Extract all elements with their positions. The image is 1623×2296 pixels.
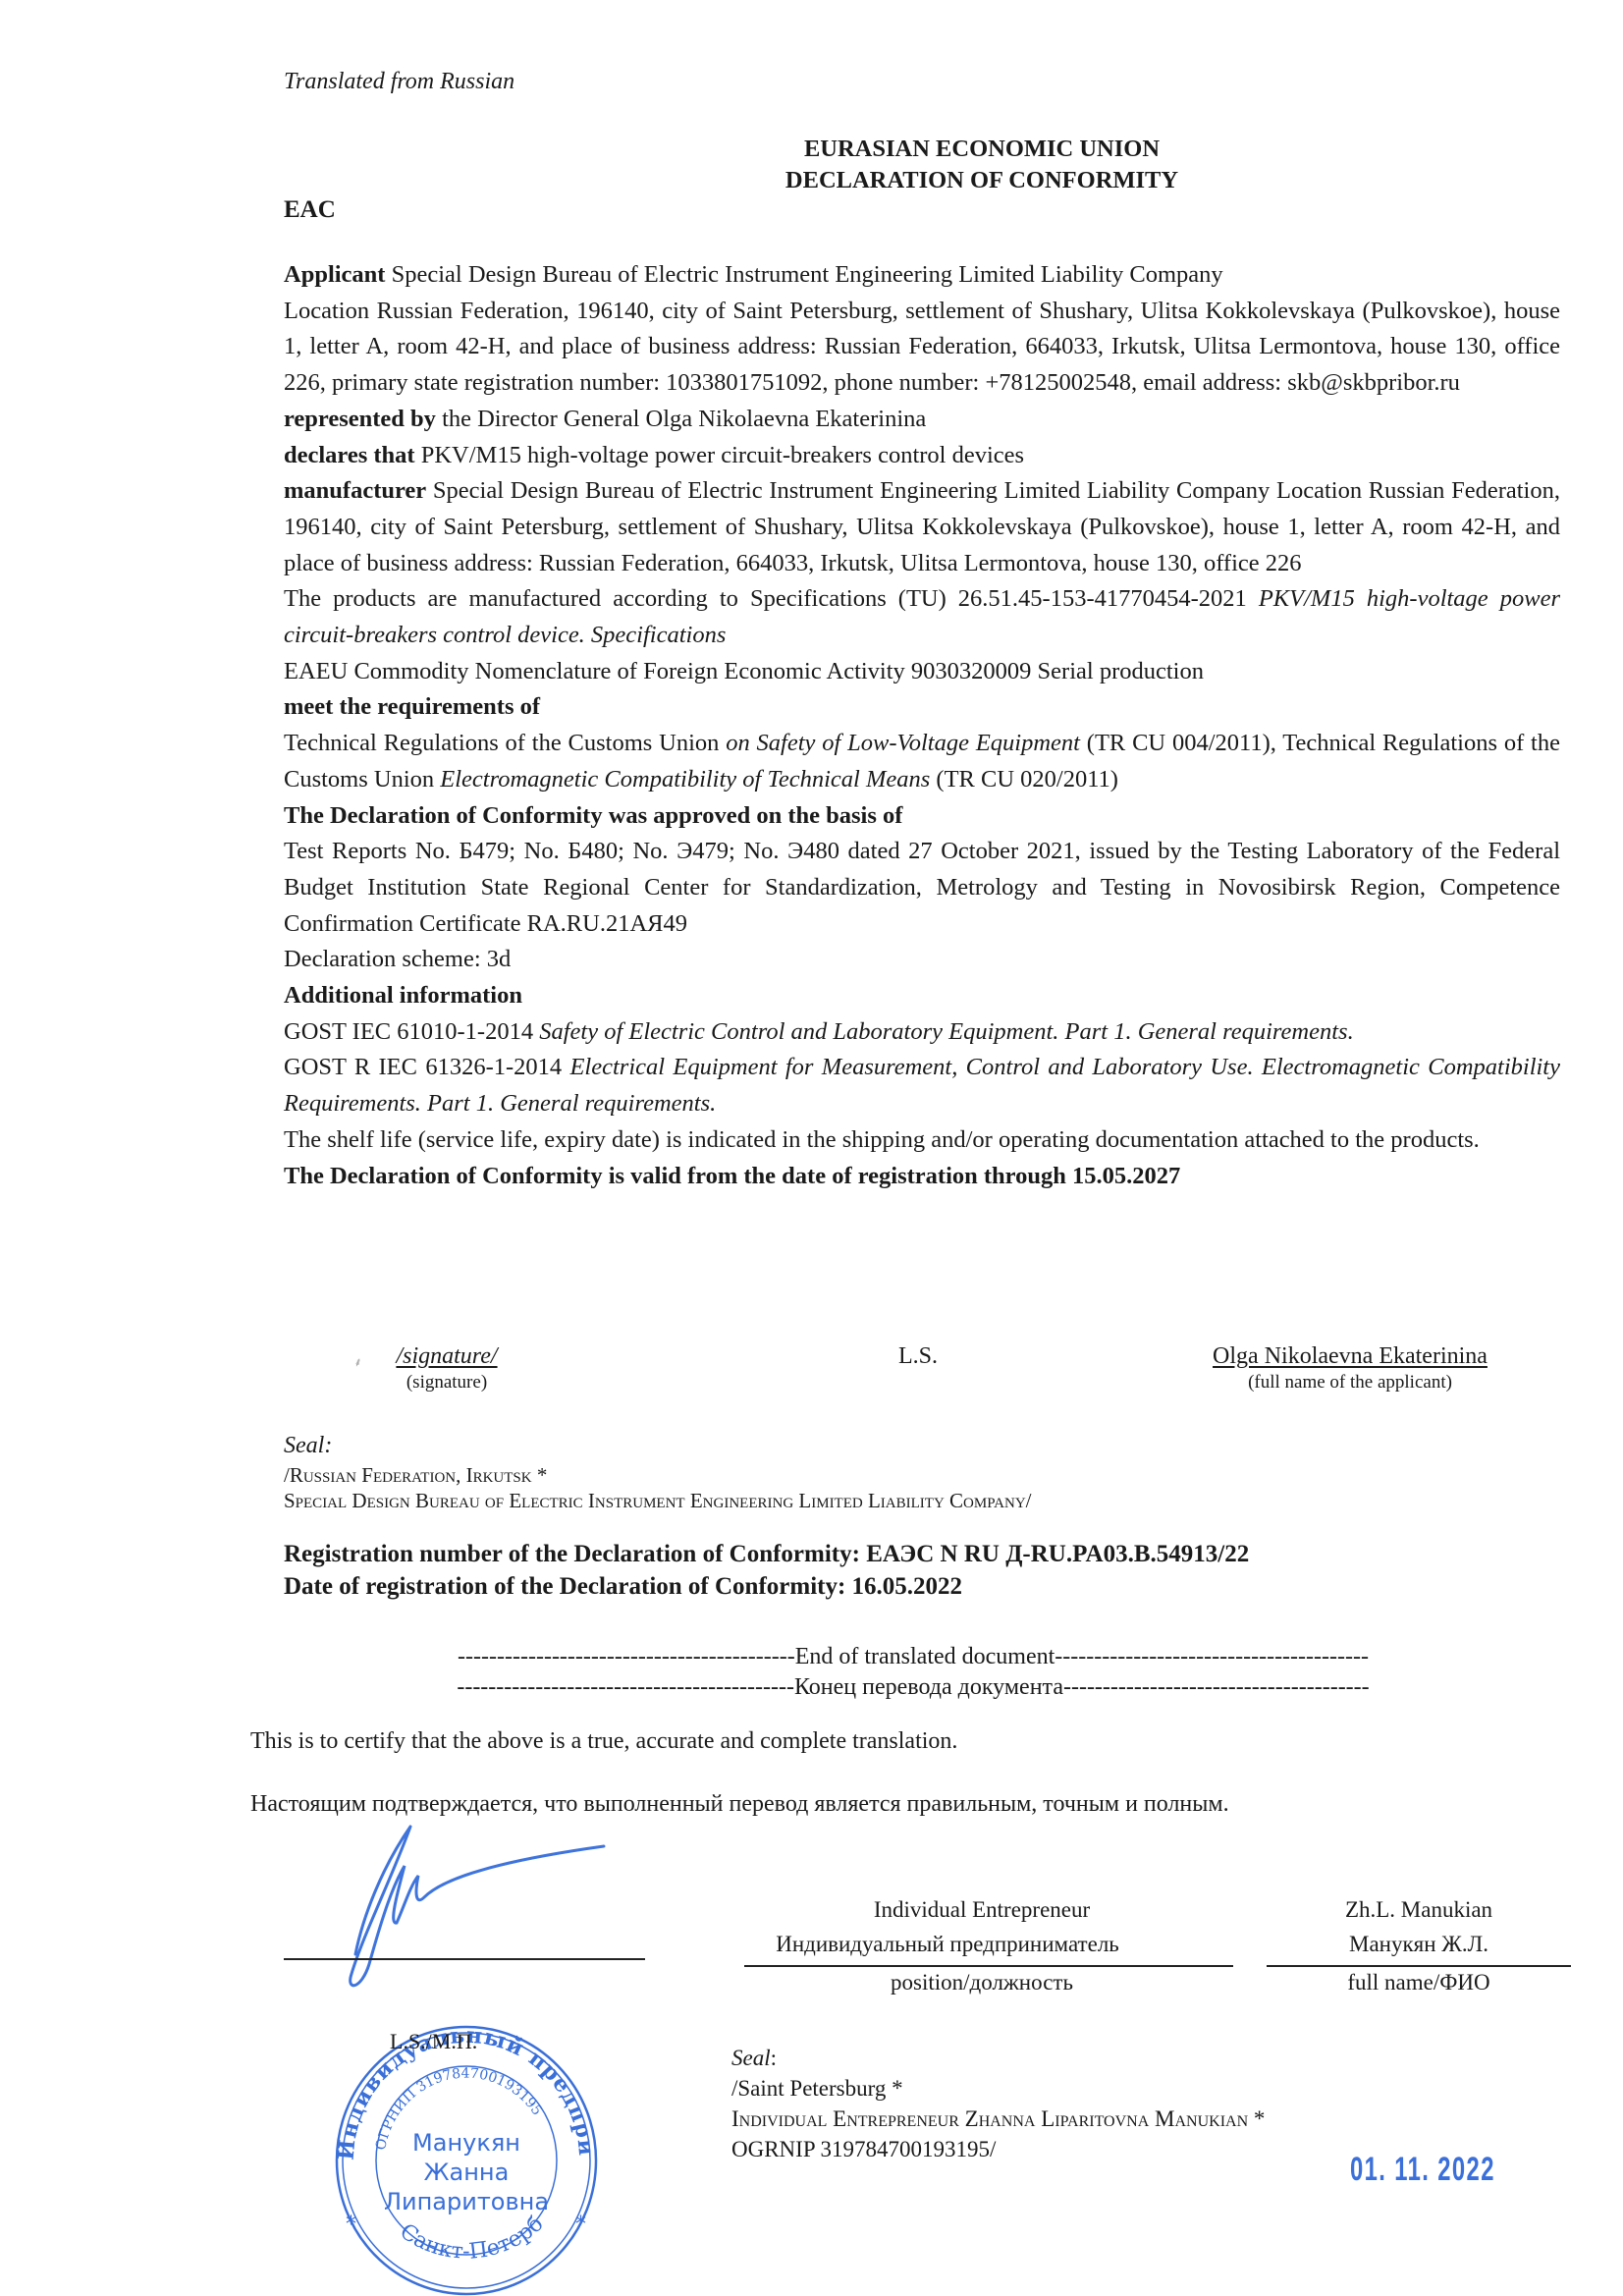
- registration-date: Date of registration of the Declaration …: [284, 1570, 1249, 1603]
- end-of-document-ru: ----------------------------------------…: [373, 1672, 1453, 1703]
- certification-en: This is to certify that the above is a t…: [250, 1728, 957, 1755]
- applicant-name: Special Design Bureau of Electric Instru…: [385, 261, 1222, 288]
- commodity-line: EAEU Commodity Nomenclature of Foreign E…: [284, 654, 1560, 690]
- applicant-name-block: Olga Nikolaevna Ekaterinina (full name o…: [1173, 1343, 1527, 1394]
- requirements-label: meet the requirements of: [284, 693, 540, 720]
- seal2-label-row: Seal:: [731, 2043, 1265, 2073]
- represented-label: represented by: [284, 406, 436, 432]
- basis-label: The Declaration of Conformity was approv…: [284, 802, 902, 829]
- manufacturer-value: Special Design Bureau of Electric Instru…: [284, 477, 1560, 575]
- validity-text: The Declaration of Conformity is valid f…: [284, 1163, 1180, 1189]
- seal2-line3: OGRNIP 319784700193195/: [731, 2134, 1265, 2164]
- seal1-label: Seal:: [284, 1429, 1032, 1462]
- applicant-location: Location Russian Federation, 196140, cit…: [284, 294, 1560, 402]
- name-en: Zh.L. Manukian: [1271, 1897, 1566, 1923]
- additional-heading: Additional information: [284, 978, 1560, 1014]
- basis-text: Test Reports No. Б479; No. Б480; No. Э47…: [284, 834, 1560, 942]
- signature-placeholder: /signature/: [363, 1343, 530, 1370]
- registration-number: Registration number of the Declaration o…: [284, 1538, 1249, 1570]
- applicant-full-name: Olga Nikolaevna Ekaterinina: [1173, 1343, 1527, 1370]
- shelf-life: The shelf life (service life, expiry dat…: [284, 1122, 1560, 1159]
- req-italic2: Electromagnetic Compatibility of Technic…: [440, 766, 930, 793]
- title-union: EURASIAN ECONOMIC UNION: [589, 134, 1375, 165]
- gost-2: GOST R IEC 61326-1-2014 Electrical Equip…: [284, 1050, 1560, 1121]
- basis-heading: The Declaration of Conformity was approv…: [284, 798, 1560, 835]
- req-italic1: on Safety of Low-Voltage Equipment: [726, 730, 1080, 756]
- seal2-label: Seal: [731, 2046, 771, 2070]
- name-line: [1267, 1965, 1571, 1967]
- declares-label: declares that: [284, 442, 415, 468]
- seal-description-1: Seal: /Russian Federation, Irkutsk * Spe…: [284, 1429, 1032, 1513]
- document-page: Translated from Russian EURASIAN ECONOMI…: [0, 0, 1623, 2296]
- svg-text:Жанна: Жанна: [424, 2159, 510, 2186]
- name-ru: Манукян Ж.Л.: [1271, 1932, 1566, 1957]
- svg-text:Манукян: Манукян: [412, 2129, 520, 2157]
- date-stamp: 01. 11. 2022: [1350, 2151, 1495, 2189]
- seal-description-2: Seal: /Saint Petersburg * Individual Ent…: [731, 2043, 1265, 2164]
- requirements-text: Technical Regulations of the Customs Uni…: [284, 726, 1560, 797]
- ls-mark: L.S.: [898, 1343, 938, 1370]
- gost2-code: GOST R IEC 61326-1-2014: [284, 1054, 569, 1080]
- seal1-line2: Special Design Bureau of Electric Instru…: [284, 1488, 1032, 1513]
- signature-caption: (signature): [363, 1372, 530, 1394]
- validity-line: The Declaration of Conformity is valid f…: [284, 1159, 1560, 1195]
- svg-text:*: *: [346, 2213, 356, 2237]
- svg-text:*: *: [575, 2213, 586, 2237]
- gost1-title: Safety of Electric Control and Laborator…: [539, 1018, 1354, 1045]
- svg-text:Липаритовна: Липаритовна: [384, 2188, 549, 2215]
- signature-line: [284, 1958, 645, 1960]
- translated-from-note: Translated from Russian: [284, 69, 514, 95]
- additional-label: Additional information: [284, 982, 522, 1009]
- seal1-line1: /Russian Federation, Irkutsk *: [284, 1462, 1032, 1488]
- declares-value: PKV/M15 high-voltage power circuit-break…: [415, 442, 1024, 468]
- name-caption: full name/ФИО: [1271, 1970, 1566, 1995]
- ls-mp-mark: L.S./М.П.: [390, 2029, 477, 2054]
- signature-scribble-icon: ⸙: [352, 1352, 364, 1370]
- manufacturer-label: manufacturer: [284, 477, 426, 504]
- requirements-heading: meet the requirements of: [284, 689, 1560, 726]
- title-declaration: DECLARATION OF CONFORMITY: [589, 165, 1375, 196]
- seal2-line2: Individual Entrepreneur Zhanna Liparitov…: [731, 2104, 1265, 2134]
- applicant-signature-block: ⸙ /signature/ (signature): [363, 1343, 530, 1394]
- represented-line: represented by the Director General Olga…: [284, 402, 1560, 438]
- position-caption: position/должность: [736, 1970, 1227, 1995]
- registration-block: Registration number of the Declaration o…: [284, 1538, 1249, 1603]
- manufacturer-line: manufacturer Special Design Bureau of El…: [284, 473, 1560, 581]
- gost1-code: GOST IEC 61010-1-2014: [284, 1018, 539, 1045]
- products-spec-line: The products are manufactured according …: [284, 581, 1560, 653]
- req-part1: Technical Regulations of the Customs Uni…: [284, 730, 726, 756]
- position-ru: Индивидуальный предприниматель: [736, 1932, 1159, 1957]
- declaration-body: Applicant Special Design Bureau of Elect…: [284, 257, 1560, 1194]
- seal2-line1: /Saint Petersburg *: [731, 2073, 1265, 2104]
- declares-line: declares that PKV/M15 high-voltage power…: [284, 438, 1560, 474]
- eac-mark: EAC: [284, 196, 336, 224]
- gost-1: GOST IEC 61010-1-2014 Safety of Electric…: [284, 1014, 1560, 1051]
- position-line: [744, 1965, 1233, 1967]
- position-en: Individual Entrepreneur: [736, 1897, 1227, 1923]
- applicant-line: Applicant Special Design Bureau of Elect…: [284, 257, 1560, 294]
- end-of-document-en: ----------------------------------------…: [373, 1642, 1453, 1672]
- translator-signature-icon: [295, 1807, 619, 1994]
- applicant-name-caption: (full name of the applicant): [1173, 1372, 1527, 1394]
- applicant-label: Applicant: [284, 261, 385, 288]
- represented-value: the Director General Olga Nikolaevna Eka…: [436, 406, 926, 432]
- req-part3: (TR CU 020/2011): [930, 766, 1118, 793]
- declaration-scheme: Declaration scheme: 3d: [284, 942, 1560, 978]
- products-text: The products are manufactured according …: [284, 585, 1259, 612]
